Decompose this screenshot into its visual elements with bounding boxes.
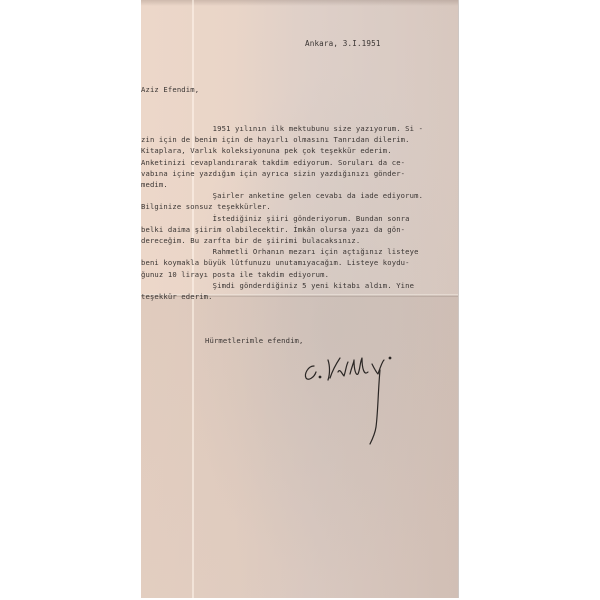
- letter-line: Şimdi gönderdiğiniz 5 yeni kitabı aldım.…: [141, 280, 423, 291]
- letter-closing: Hürmetlerimle efendim,: [205, 335, 304, 346]
- letter-line: beni koymakla büyük lûtfunuzu unutamıyac…: [141, 257, 423, 268]
- letter-line: medim.: [141, 179, 423, 190]
- letter-line: İstediğiniz şiiri gönderiyorum. Bundan s…: [141, 213, 423, 224]
- letter-body: 1951 yılının ilk mektubunu size yazıyoru…: [141, 123, 423, 302]
- letter-line: Bilginize sonsuz teşekkürler.: [141, 201, 423, 212]
- letter-line: dereceğim. Bu zarfta bir de şiirimi bula…: [141, 235, 423, 246]
- handwritten-signature: O. Kırlı: [300, 352, 410, 447]
- letter-line: vabına içine yazdığım için ayrıca sizin …: [141, 168, 423, 179]
- letter-line: Şairler anketine gelen cevabı da iade ed…: [141, 190, 423, 201]
- letter-line: Anketinizi cevaplandırarak takdim ediyor…: [141, 157, 423, 168]
- letter-salutation: Aziz Efendim,: [141, 84, 199, 95]
- letter-line: Rahmetli Orhanın mezarı için açtığınız l…: [141, 246, 423, 257]
- letter-line: zin için de benim için de hayırlı olması…: [141, 134, 423, 145]
- letter-date: Ankara, 3.I.1951: [305, 38, 381, 49]
- letter-line: belki daima şiirim olabilecektir. İmkân …: [141, 224, 423, 235]
- letter-line: ğunuz 10 lirayı posta ile takdim ediyoru…: [141, 269, 423, 280]
- letter-line: 1951 yılının ilk mektubunu size yazıyoru…: [141, 123, 423, 134]
- letter-line: teşekkür ederim.: [141, 291, 423, 302]
- letter-line: Kitaplara, Varlık koleksiyonuna pek çok …: [141, 145, 423, 156]
